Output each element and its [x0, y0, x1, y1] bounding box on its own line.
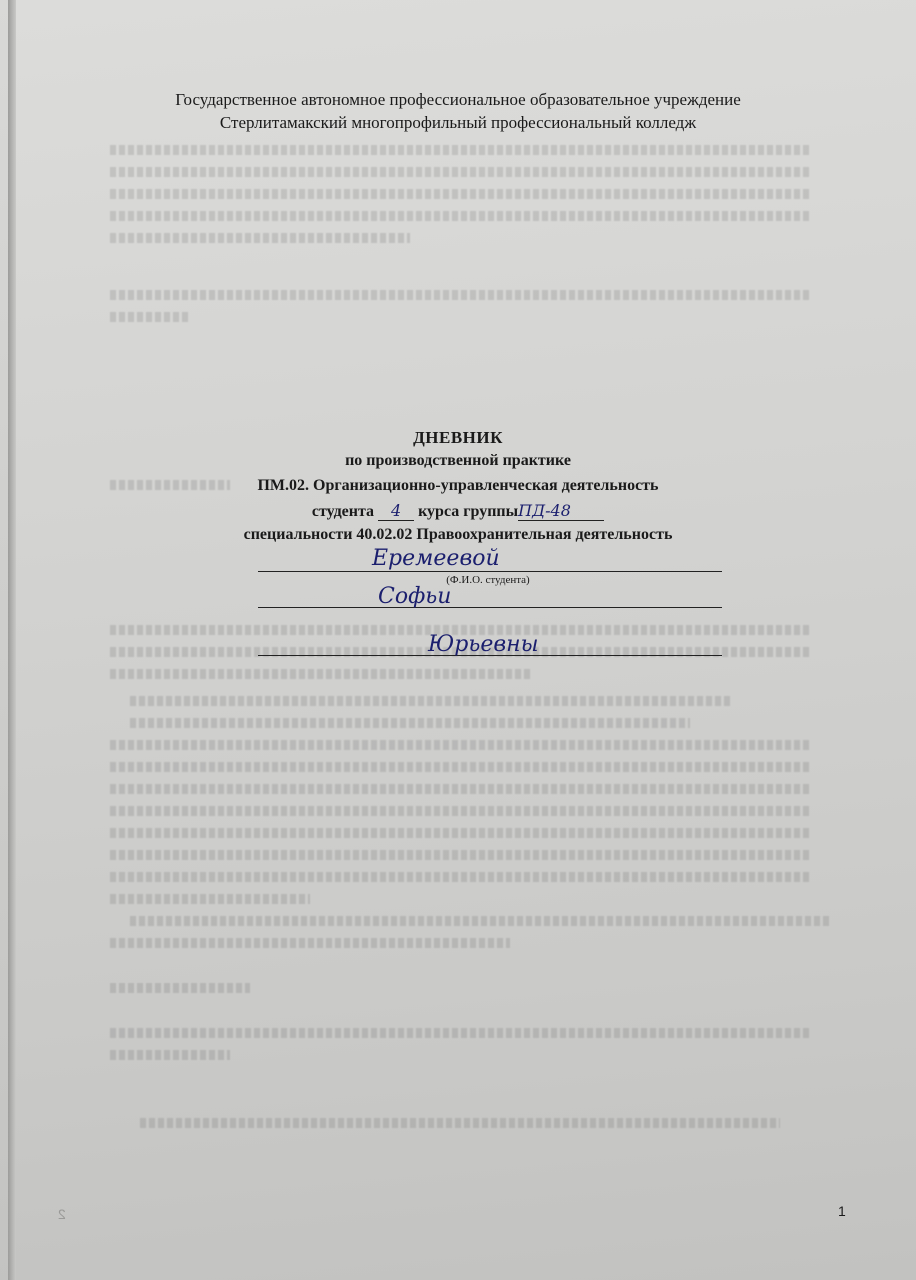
page-number: 1 — [838, 1203, 846, 1219]
document-title: ДНЕВНИК — [0, 428, 916, 448]
page-edge — [8, 0, 16, 1280]
module-name: ПМ.02. Организационно-управленческая дея… — [0, 477, 916, 495]
first-name-handwritten: Софьи — [378, 584, 451, 609]
institution-line-2: Стерлитамакский многопрофильный професси… — [0, 111, 916, 134]
institution-name: Государственное автономное профессиональ… — [0, 88, 916, 134]
name-caption: (Ф.И.О. студента) — [30, 574, 916, 586]
institution-line-1: Государственное автономное профессиональ… — [0, 88, 916, 111]
bleed-page-number: 2 — [58, 1206, 66, 1222]
patronymic-handwritten: Юрьевны — [428, 632, 539, 657]
course-suffix: курса группы — [418, 503, 518, 520]
student-course-group: студента 4 курса группыПД-48 — [0, 501, 916, 521]
first-name-line — [258, 607, 722, 608]
specialty: специальности 40.02.02 Правоохранительна… — [0, 526, 916, 544]
group-field: ПД-48 — [518, 501, 604, 521]
surname-line — [258, 571, 722, 572]
document-subtitle: по производственной практике — [0, 452, 916, 470]
course-field: 4 — [378, 501, 414, 521]
surname-handwritten: Еремеевой — [372, 546, 500, 571]
student-prefix: студента — [312, 503, 374, 520]
